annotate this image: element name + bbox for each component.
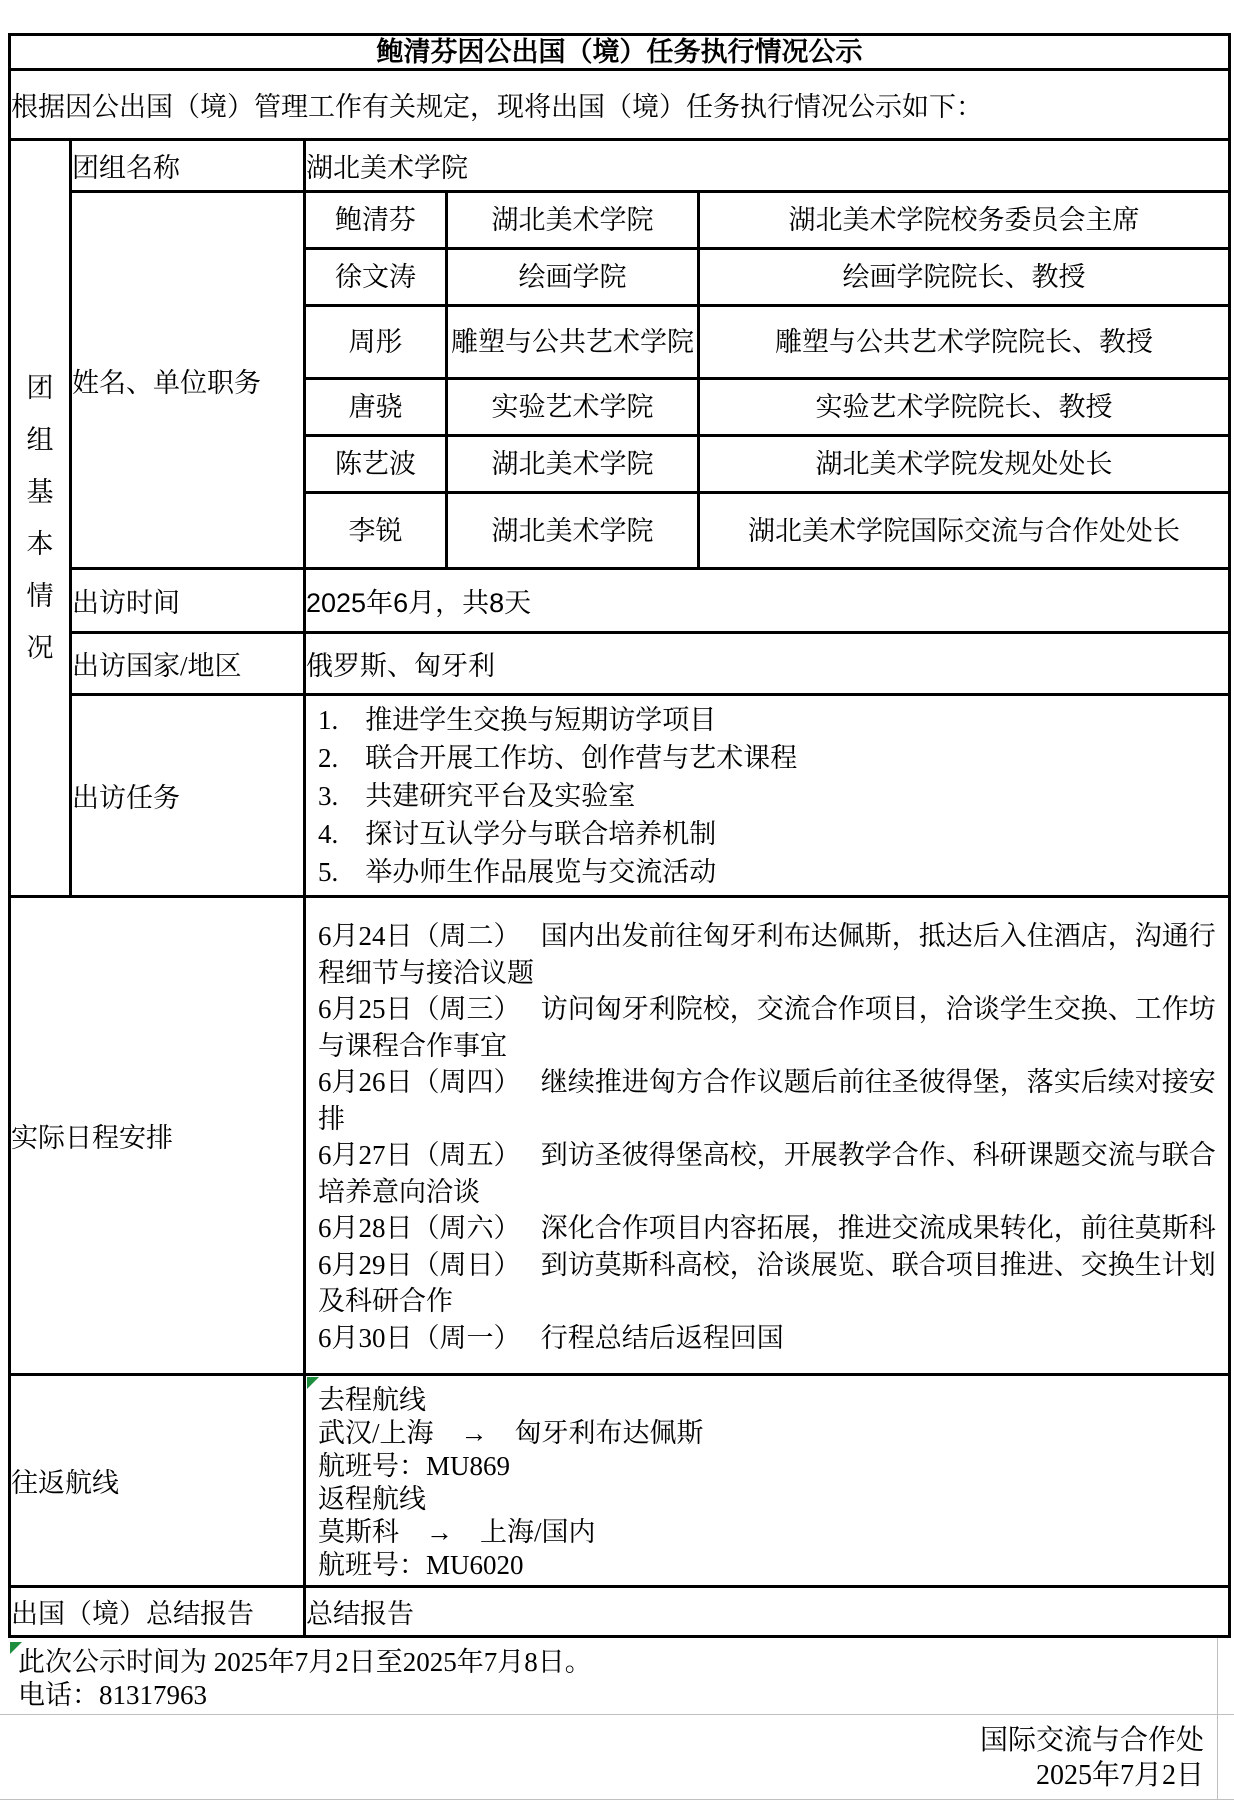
schedule-entry: 6月26日（周四） 继续推进匈方合作议题后前往圣彼得堡，落实后续对接安排 bbox=[318, 1064, 1218, 1137]
label-group-name: 团组名称 bbox=[71, 140, 305, 192]
grid-line bbox=[0, 1799, 1234, 1800]
signature-date: 2025年7月2日 bbox=[8, 1758, 1204, 1793]
member-row: 姓名、单位职务 鲍清芬 湖北美术学院 湖北美术学院校务委员会主席 bbox=[10, 192, 1230, 249]
schedule-entry: 6月27日（周五） 到访圣彼得堡高校，开展教学合作、科研课题交流与联合培养意向洽… bbox=[318, 1137, 1218, 1210]
label-countries: 出访国家/地区 bbox=[71, 633, 305, 695]
member-unit: 湖北美术学院 bbox=[447, 192, 699, 249]
document-page: 鲍清芬因公出国（境）任务执行情况公示 根据因公出国（境）管理工作有关规定，现将出… bbox=[0, 0, 1234, 1804]
route-row: 往返航线 去程航线 武汉/上海 → 匈牙利布达佩斯 航班号：MU869 返程航线… bbox=[10, 1375, 1230, 1587]
member-unit: 雕塑与公共艺术学院 bbox=[447, 306, 699, 379]
label-members: 姓名、单位职务 bbox=[71, 192, 305, 569]
vertical-section-label: 团组基本情况 bbox=[26, 362, 54, 674]
member-name: 陈艺波 bbox=[305, 436, 447, 493]
task-item: 1. 推进学生交换与短期访学项目 bbox=[318, 701, 1228, 739]
member-unit: 绘画学院 bbox=[447, 249, 699, 306]
task-item: 4. 探讨互认学分与联合培养机制 bbox=[318, 815, 1228, 853]
route-line: 武汉/上海 → 匈牙利布达佩斯 bbox=[318, 1417, 1228, 1450]
member-position: 雕塑与公共艺术学院院长、教授 bbox=[699, 306, 1230, 379]
route-line: 航班号：MU6020 bbox=[318, 1549, 1228, 1582]
route-line: 莫斯科 → 上海/国内 bbox=[318, 1516, 1228, 1549]
member-name: 周彤 bbox=[305, 306, 447, 379]
member-name: 鲍清芬 bbox=[305, 192, 447, 249]
member-unit: 实验艺术学院 bbox=[447, 379, 699, 436]
label-report: 出国（境）总结报告 bbox=[10, 1587, 305, 1637]
task-list: 1. 推进学生交换与短期访学项目 2. 联合开展工作坊、创作营与艺术课程 3. … bbox=[306, 699, 1228, 893]
title-row: 鲍清芬因公出国（境）任务执行情况公示 bbox=[10, 35, 1230, 70]
phone: 电话：81317963 bbox=[18, 1679, 1228, 1712]
label-schedule: 实际日程安排 bbox=[10, 897, 305, 1375]
signature-department: 国际交流与合作处 bbox=[8, 1723, 1204, 1758]
member-position: 实验艺术学院院长、教授 bbox=[699, 379, 1230, 436]
member-name: 唐骁 bbox=[305, 379, 447, 436]
notice-block: 此次公示时间为 2025年7月2日至2025年7月8日。 电话：81317963 bbox=[8, 1638, 1228, 1714]
value-report: 总结报告 bbox=[305, 1587, 1230, 1637]
member-position: 绘画学院院长、教授 bbox=[699, 249, 1230, 306]
group-name-row: 团组基本情况 团组名称 湖北美术学院 bbox=[10, 140, 1230, 192]
intro-text: 根据因公出国（境）管理工作有关规定，现将出国（境）任务执行情况公示如下： bbox=[10, 70, 1230, 140]
member-position: 湖北美术学院国际交流与合作处处长 bbox=[699, 493, 1230, 569]
task-item: 5. 举办师生作品展览与交流活动 bbox=[318, 853, 1228, 891]
footer: 此次公示时间为 2025年7月2日至2025年7月8日。 电话：81317963… bbox=[8, 1638, 1228, 1800]
notice-table: 鲍清芬因公出国（境）任务执行情况公示 根据因公出国（境）管理工作有关规定，现将出… bbox=[8, 33, 1231, 1638]
schedule-list: 6月24日（周二） 国内出发前往匈牙利布达佩斯，抵达后入住酒店，沟通行程细节与接… bbox=[306, 915, 1218, 1356]
task-item: 2. 联合开展工作坊、创作营与艺术课程 bbox=[318, 739, 1228, 777]
section-cell-group-basic-info: 团组基本情况 bbox=[10, 140, 71, 897]
notice-period: 此次公示时间为 2025年7月2日至2025年7月8日。 bbox=[18, 1646, 1228, 1679]
member-unit: 湖北美术学院 bbox=[447, 493, 699, 569]
route-line: 去程航线 bbox=[318, 1384, 1228, 1417]
value-group-name: 湖北美术学院 bbox=[305, 140, 1230, 192]
task-item: 3. 共建研究平台及实验室 bbox=[318, 777, 1228, 815]
member-position: 湖北美术学院发规处处长 bbox=[699, 436, 1230, 493]
value-tasks: 1. 推进学生交换与短期访学项目 2. 联合开展工作坊、创作营与艺术课程 3. … bbox=[305, 695, 1230, 897]
label-visit-time: 出访时间 bbox=[71, 569, 305, 633]
member-name: 李锐 bbox=[305, 493, 447, 569]
label-tasks: 出访任务 bbox=[71, 695, 305, 897]
label-route: 往返航线 bbox=[10, 1375, 305, 1587]
visit-time-row: 出访时间 2025年6月，共8天 bbox=[10, 569, 1230, 633]
route-list: 去程航线 武汉/上海 → 匈牙利布达佩斯 航班号：MU869 返程航线 莫斯科 … bbox=[306, 1379, 1228, 1582]
page-title: 鲍清芬因公出国（境）任务执行情况公示 bbox=[10, 35, 1230, 70]
route-line: 返程航线 bbox=[318, 1483, 1228, 1516]
report-row: 出国（境）总结报告 总结报告 bbox=[10, 1587, 1230, 1637]
value-route: 去程航线 武汉/上海 → 匈牙利布达佩斯 航班号：MU869 返程航线 莫斯科 … bbox=[305, 1375, 1230, 1587]
schedule-entry: 6月30日（周一） 行程总结后返程回国 bbox=[318, 1320, 1218, 1357]
route-line: 航班号：MU869 bbox=[318, 1450, 1228, 1483]
countries-row: 出访国家/地区 俄罗斯、匈牙利 bbox=[10, 633, 1230, 695]
schedule-entry: 6月25日（周三） 访问匈牙利院校，交流合作项目，洽谈学生交换、工作坊与课程合作… bbox=[318, 991, 1218, 1064]
schedule-row: 实际日程安排 6月24日（周二） 国内出发前往匈牙利布达佩斯，抵达后入住酒店，沟… bbox=[10, 897, 1230, 1375]
intro-row: 根据因公出国（境）管理工作有关规定，现将出国（境）任务执行情况公示如下： bbox=[10, 70, 1230, 140]
schedule-entry: 6月24日（周二） 国内出发前往匈牙利布达佩斯，抵达后入住酒店，沟通行程细节与接… bbox=[318, 918, 1218, 991]
member-unit: 湖北美术学院 bbox=[447, 436, 699, 493]
schedule-entry: 6月28日（周六） 深化合作项目内容拓展，推进交流成果转化，前往莫斯科 bbox=[318, 1210, 1218, 1247]
member-position: 湖北美术学院校务委员会主席 bbox=[699, 192, 1230, 249]
value-visit-time: 2025年6月，共8天 bbox=[305, 569, 1230, 633]
signature-block: 国际交流与合作处 2025年7月2日 bbox=[8, 1715, 1228, 1799]
value-countries: 俄罗斯、匈牙利 bbox=[305, 633, 1230, 695]
schedule-entry: 6月29日（周日） 到访莫斯科高校，洽谈展览、联合项目推进、交换生计划及科研合作 bbox=[318, 1247, 1218, 1320]
tasks-row: 出访任务 1. 推进学生交换与短期访学项目 2. 联合开展工作坊、创作营与艺术课… bbox=[10, 695, 1230, 897]
member-name: 徐文涛 bbox=[305, 249, 447, 306]
grid-line-vertical bbox=[1217, 1638, 1218, 1800]
value-schedule: 6月24日（周二） 国内出发前往匈牙利布达佩斯，抵达后入住酒店，沟通行程细节与接… bbox=[305, 897, 1230, 1375]
